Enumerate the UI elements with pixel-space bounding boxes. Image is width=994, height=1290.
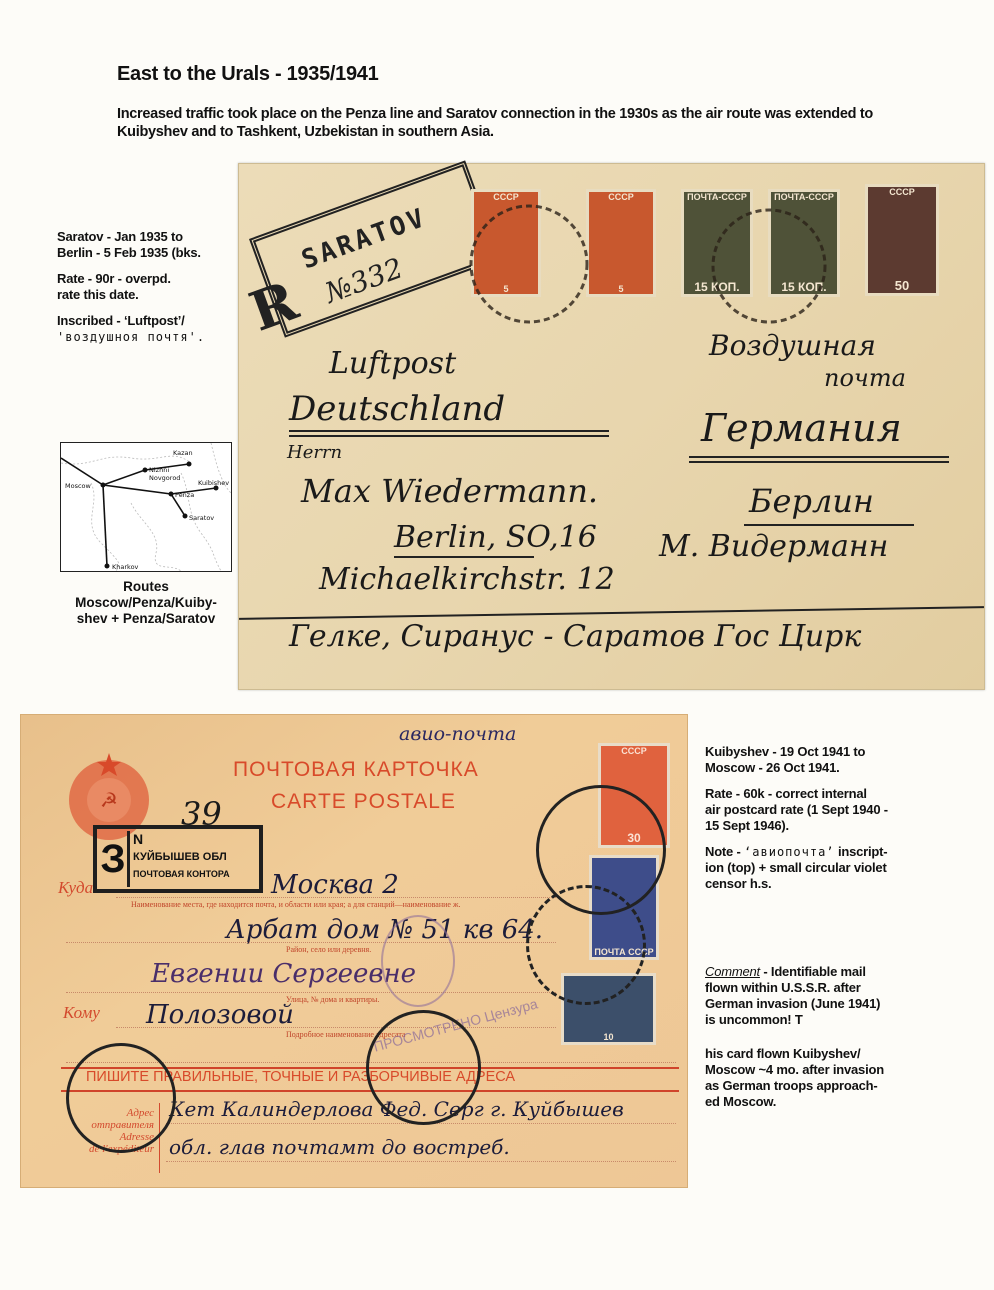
- label-kuda: Куда: [58, 878, 93, 898]
- registration-number: 39: [181, 795, 222, 833]
- svg-text:Saratov: Saratov: [189, 514, 214, 522]
- hw-name-ru: М. Видерманн: [659, 529, 888, 564]
- hw-country-ru: Германия: [701, 406, 902, 450]
- svg-text:Nizhni: Nizhni: [149, 466, 169, 474]
- route-map-graphic: Kazan Nizhni Novgorod Moscow Kuibishev P…: [61, 443, 231, 571]
- svg-text:Kharkov: Kharkov: [112, 563, 139, 571]
- postmark-cancellations: [439, 204, 919, 334]
- postal-card-1941: ☭ авио-почта ПОЧТОВАЯ КАРТОЧКА CARTE POS…: [20, 714, 688, 1188]
- postmark-kuibyshev-2: [526, 885, 646, 1005]
- postmark-moscow-arrival: [66, 1043, 176, 1153]
- inscribed-line1: Inscribed - ‘Luftpost’/: [57, 313, 185, 328]
- label-komu: Кому: [63, 1003, 100, 1023]
- route-line1: Saratov - Jan 1935 to: [57, 229, 183, 244]
- map-caption: Routes Moscow/Penza/Kuiby- shev + Penza/…: [55, 579, 237, 627]
- censor-violet-handstamp: [381, 915, 455, 1007]
- hw-herrn: Herrn: [287, 442, 342, 463]
- hw-address-4: Полозовой: [146, 1000, 294, 1030]
- hw-city: Berlin, SO,16: [394, 520, 597, 555]
- card-title-fr: CARTE POSTALE: [271, 790, 456, 814]
- hw-air-ru-1: Воздушная: [709, 329, 876, 362]
- map-label-kazan: Kazan: [173, 449, 193, 457]
- page-intro: Increased traffic took place on the Penz…: [117, 105, 917, 141]
- route-line2: Berlin - 5 Feb 1935 (bks.: [57, 245, 201, 260]
- hw-sender-2: обл. глав почтамт до востреб.: [169, 1135, 510, 1159]
- hw-sender: Гелке, Сиранус - Саратов Гос Цирк: [289, 619, 861, 654]
- svg-text:Kuibishev: Kuibishev: [198, 479, 229, 487]
- svg-text:Penza: Penza: [175, 491, 194, 499]
- registered-airmail-envelope: R SARATOV №332 СССР5 СССР5 ПОЧТА-СССР15 …: [238, 163, 985, 690]
- hw-city-ru: Берлин: [749, 482, 874, 520]
- rate-line2: rate this date.: [57, 287, 139, 302]
- cover2-notes: Kuibyshev - 19 Oct 1941 to Moscow - 26 O…: [705, 744, 965, 902]
- page-title: East to the Urals - 1935/1941: [117, 63, 378, 86]
- hw-name: Max Wiedermann.: [301, 472, 598, 510]
- route-map: Kazan Nizhni Novgorod Moscow Kuibishev P…: [60, 442, 232, 572]
- hw-country-de: Deutschland: [289, 389, 505, 429]
- svg-text:Moscow: Moscow: [65, 482, 92, 490]
- card-title-ru: ПОЧТОВАЯ КАРТОЧКА: [233, 758, 479, 782]
- hw-avia-note: авио-почта: [399, 723, 516, 745]
- registration-label: З N КУЙБЫШЕВ ОБЛ ПОЧТОВАЯ КОНТОРА: [93, 825, 263, 893]
- cover1-notes: Saratov - Jan 1935 to Berlin - 5 Feb 193…: [57, 229, 237, 355]
- hw-street: Michaelkirchstr. 12: [319, 562, 615, 597]
- inscribed-line2: 'воздушноя почтя'.: [57, 330, 205, 344]
- postmark-moscow: [366, 1010, 481, 1125]
- cover2-comment: Comment - Identifiable mail flown within…: [705, 964, 965, 1120]
- svg-text:Novgorod: Novgorod: [149, 474, 180, 482]
- rate-line1: Rate - 90r - overpd.: [57, 271, 171, 286]
- hw-air-ru-2: почта: [824, 364, 906, 392]
- hw-luftpost: Luftpost: [329, 346, 456, 381]
- registration-letter: З: [99, 831, 130, 887]
- hw-address-3: Евгении Сергеевне: [151, 959, 416, 989]
- hw-address-1: Москва 2: [271, 870, 399, 900]
- comment-label: Comment: [705, 964, 760, 979]
- svg-text:☭: ☭: [100, 788, 118, 812]
